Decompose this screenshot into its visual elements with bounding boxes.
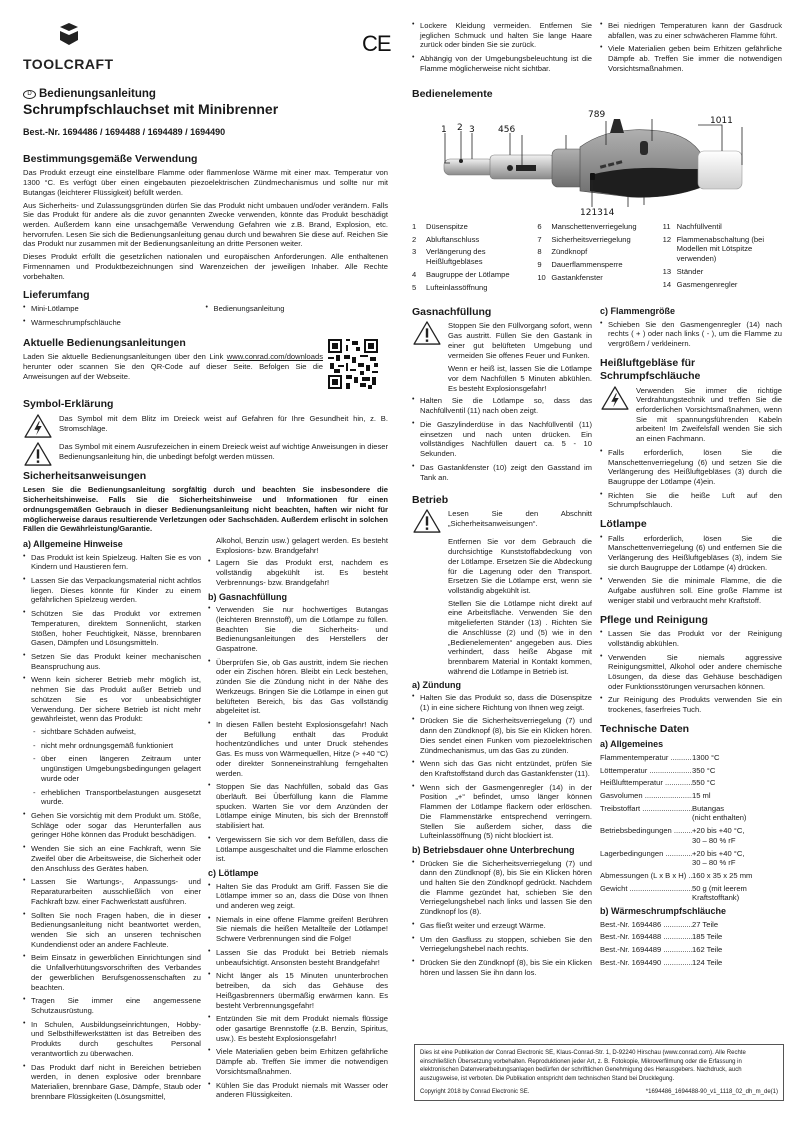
list-item: Setzen Sie das Produkt keiner mechanisch… (23, 652, 201, 671)
list-item: Falls erforderlich, lösen Sie die Mansch… (600, 534, 782, 573)
list-item: Stoppen Sie das Nachfüllen, sobald das G… (208, 782, 388, 831)
doc-code: *1694486_1694488-90_v1_1118_02_dh_m_de(1… (646, 1088, 778, 1097)
list-item: Gehen Sie vorsichtig mit dem Produkt um.… (23, 811, 201, 840)
part-item: 3Verlängerung des Heißluftgebläses (412, 247, 531, 266)
symbols-heading: Symbol-Erklärung (23, 398, 388, 411)
paragraph: Aus Sicherheits- und Zulassungsgründen d… (23, 201, 388, 250)
list-item: Vergewissern Sie sich vor dem Befüllen, … (208, 835, 388, 864)
spec-row: Flammentemperatur1300 °C (600, 753, 782, 763)
list-item: Kühlen Sie das Produkt niemals mit Wasse… (208, 1081, 388, 1100)
sub-list-item: erheblichen Transportbelastungen ausgese… (33, 788, 201, 807)
operation-warning-2: Entfernen Sie vor dem Gebrauch die durch… (412, 537, 592, 595)
parts-col-1: 1Düsenspitze 2Abluftanschluss 3Verlänger… (412, 222, 531, 295)
spec-row: Best.-Nr. 1694489162 Teile (600, 945, 782, 955)
lightning-warning-icon (600, 386, 630, 410)
list-item: Das Produkt darf nicht in Bereichen betr… (23, 1063, 201, 1102)
list-item: Halten Sie das Produkt am Griff. Fassen … (208, 882, 388, 911)
spec-row: Lagerbedingungen+20 bis +40 °C, 30 – 80 … (600, 849, 782, 868)
callout-456: 456 (498, 125, 515, 135)
list-item: Wenn sich der Gasmengenregler (14) in de… (412, 783, 592, 841)
list-item: Die Gaszylinderdüse in das Nachfüllventi… (412, 420, 592, 459)
tech-tubes-heading: b) Wärmeschrumpfschläuche (600, 906, 782, 918)
soldering-heading: Lötlampe (600, 518, 782, 531)
spec-row: Gewicht50 g (mit leerem Kraftstofftank) (600, 884, 782, 903)
list-item: Lassen Sie Wartungs-, Anpassungs- und Re… (23, 877, 201, 906)
tech-heading: Technische Daten (600, 723, 782, 736)
refill-warning-2: Wenn er heiß ist, lassen Sie die Lötlamp… (412, 364, 592, 393)
list-item: In diesen Fällen besteht Explosionsgefah… (208, 720, 388, 778)
operation-warning: Lesen Sie den Abschnitt „Sicherheitsanwe… (448, 509, 592, 533)
torch-safety-cont-col2: Bei niedrigen Temperaturen kann der Gasd… (600, 21, 782, 78)
list-item: Bei niedrigen Temperaturen kann der Gasd… (600, 21, 782, 40)
operation-heading: Betrieb (412, 494, 592, 507)
spec-row: Heißlufttemperatur550 °C (600, 778, 782, 788)
exclamation-warning-icon (412, 321, 442, 345)
scope-section: Lieferumfang Mini-Lötlampe Wärmeschrumpf… (23, 289, 388, 332)
list-item: Schieben Sie den Gasmengenregler (14) na… (600, 320, 782, 349)
intended-use-section: Bestimmungsgemäße Verwendung Das Produkt… (23, 153, 388, 284)
sub-list-item: nicht mehr ordnungsgemäß funktioniert (33, 741, 201, 751)
current-manuals-section: Aktuelle Bedienungsanleitungen Laden Sie… (23, 337, 323, 385)
callout-1011: 1011 (710, 116, 733, 126)
list-item: Halten Sie die Lötlampe so, dass das Nac… (412, 396, 592, 415)
list-item: Falls erforderlich, lösen Sie die Mansch… (600, 448, 782, 487)
doc-type-label: Bedienungsanleitung (39, 87, 156, 102)
list-item: Verwenden Sie niemals aggressive Reinigu… (600, 653, 782, 692)
ce-mark: CE (362, 30, 391, 58)
list-item: Nicht länger als 15 Minuten ununterbroch… (208, 971, 388, 1010)
list-item: Wenn sich das Gas nicht entzündet, prüfe… (412, 759, 592, 778)
language-badge: D (23, 90, 36, 99)
list-item: Gas fließt weiter und erzeugt Wärme. (412, 921, 592, 931)
order-numbers: Best.-Nr. 1694486 / 1694488 / 1694489 / … (23, 127, 225, 139)
safety-intro: Lesen Sie die Bedienungsanleitung sorgfä… (23, 485, 388, 534)
spec-row: Gasvolumen15 ml (600, 791, 782, 801)
list-item: Lockere Kleidung vermeiden. Entfernen Si… (412, 21, 592, 50)
list-item: Um den Gasfluss zu stoppen, schieben Sie… (412, 935, 592, 954)
list-item: Das Gastankfenster (10) zeigt den Gassta… (412, 463, 592, 482)
list-item: Schützen Sie das Produkt vor extremen Te… (23, 609, 201, 648)
list-item: Drücken Sie die Sicherheitsverriegelung … (412, 716, 592, 755)
gas-refill-section: Gasnachfüllung Stoppen Sie den Füllvorga… (412, 306, 592, 486)
tech-general-heading: a) Allgemeines (600, 739, 782, 751)
spec-row: Abmessungen (L x B x H)160 x 35 x 25 mm (600, 871, 782, 881)
list-item: Niemals in eine offene Flamme greifen! B… (208, 915, 388, 944)
text: Laden Sie aktuelle Bedienungsanleitungen… (23, 352, 227, 361)
list-item: Viele Materialien geben beim Erhitzen ge… (600, 44, 782, 73)
callout-121314: 121314 (580, 208, 615, 215)
paragraph: Das Produkt erzeugt eine einstellbare Fl… (23, 168, 388, 197)
list-item: Wenn kein sicherer Betrieb mehr möglich … (23, 675, 201, 807)
controls-section: Bedienelemente (412, 88, 782, 103)
part-item: 11Nachfüllventil (663, 222, 782, 232)
list-item: Beim Einsatz in gewerblichen Einrichtung… (23, 953, 201, 992)
callout-3: 3 (469, 125, 475, 135)
copyright: Copyright 2018 by Conrad Electronic SE. (420, 1088, 529, 1097)
toolcraft-logo-icon (58, 23, 80, 45)
spec-table: Flammentemperatur1300 °C Löttemperatur35… (600, 753, 782, 903)
part-item: 13Ständer (663, 267, 782, 277)
list-item: Tragen Sie immer eine angemessene Schutz… (23, 996, 201, 1015)
part-item: 9Dauerflammensperre (537, 260, 656, 270)
list-item: Mini-Lötlampe (23, 304, 206, 314)
ignition-heading: a) Zündung (412, 680, 592, 692)
intended-use-heading: Bestimmungsgemäße Verwendung (23, 153, 388, 166)
text: Wenn kein sicherer Betrieb mehr möglich … (31, 675, 201, 723)
list-item: Verwenden Sie nur hochwertiges Butangas … (208, 605, 388, 654)
list-item: Sollten Sie noch Fragen haben, die in di… (23, 911, 201, 950)
parts-legend: 1Düsenspitze 2Abluftanschluss 3Verlänger… (412, 222, 782, 295)
spec-row: TreibstoffartButangas (nicht enthalten) (600, 804, 782, 823)
callout-789: 789 (588, 110, 605, 120)
list-item: Wenden Sie sich an eine Fachkraft, wenn … (23, 844, 201, 873)
parts-col-2: 6Manschettenverriegelung 7Sicherheitsver… (537, 222, 656, 295)
document-title: Schrumpfschlauchset mit Minibrenner (23, 101, 278, 119)
part-item: 6Manschettenverriegelung (537, 222, 656, 232)
current-manuals-text: Laden Sie aktuelle Bedienungsanleitungen… (23, 352, 323, 381)
doc-type: D Bedienungsanleitung (23, 87, 156, 102)
list-item: Lassen Sie das Produkt vor der Reinigung… (600, 629, 782, 648)
part-item: 8Zündknopf (537, 247, 656, 257)
list-item: Viele Materialien geben beim Erhitzen ge… (208, 1047, 388, 1076)
list-item: Überprüfen Sie, ob Gas austritt, indem S… (208, 658, 388, 716)
continued-text: Alkohol, Benzin usw.) gelagert werden. E… (208, 536, 388, 555)
exclamation-symbol-text: Das Symbol mit einem Ausrufezeichen in e… (59, 442, 388, 466)
exclamation-warning-icon (23, 442, 53, 466)
torch-diagram: 1 2 3 456 789 1011 121314 (440, 105, 750, 215)
flame-size-heading: c) Flammengröße (600, 306, 782, 318)
part-item: 7Sicherheitsverriegelung (537, 235, 656, 245)
part-item: 10Gastankfenster (537, 273, 656, 283)
safety-heading: Sicherheitsanweisungen (23, 470, 388, 483)
gas-refill-heading: Gasnachfüllung (412, 306, 592, 319)
operation-section: Betrieb Lesen Sie den Abschnitt „Sicherh… (412, 494, 592, 982)
part-item: 4Baugruppe der Lötlampe (412, 270, 531, 280)
list-item: Abhängig von der Umgebungsbeleuchtung is… (412, 54, 592, 73)
general-notes-column: a) Allgemeine Hinweise Das Produkt ist k… (23, 536, 201, 1105)
text: herunter oder scannen Sie den QR-Code au… (23, 362, 323, 381)
imprint-box: Dies ist eine Publikation der Conrad Ele… (414, 1044, 784, 1101)
symbols-section: Symbol-Erklärung Das Symbol mit dem Blit… (23, 398, 388, 470)
list-item: Lassen Sie das Produkt bei Betrieb niema… (208, 948, 388, 967)
spec-row: Best.-Nr. 1694490124 Teile (600, 958, 782, 968)
safety-right-column: Alkohol, Benzin usw.) gelagert werden. E… (208, 536, 388, 1104)
list-item: Bedienungsanleitung (206, 304, 389, 314)
list-item: Drücken Sie den Zündknopf (8), bis Sie e… (412, 958, 592, 977)
sub-list-item: sichtbare Schäden aufweist, (33, 727, 201, 737)
brand-logo-text: TOOLCRAFT (23, 56, 114, 74)
operation-warning-3: Stellen Sie die Lötlampe nicht direkt au… (412, 599, 592, 677)
gas-refill-safety-heading: b) Gasnachfüllung (208, 592, 388, 604)
downloads-link[interactable]: www.conrad.com/downloads (227, 352, 323, 361)
list-item: Entzünden Sie mit dem Produkt niemals fl… (208, 1014, 388, 1043)
parts-col-3: 11Nachfüllventil 12Flammenabschaltung (b… (663, 222, 782, 295)
lightning-warning-icon (23, 414, 53, 438)
part-item: 5Lufteinlassöffnung (412, 283, 531, 293)
current-manuals-heading: Aktuelle Bedienungsanleitungen (23, 337, 323, 350)
sub-list-item: über einen längeren Zeitraum unter ungün… (33, 754, 201, 783)
list-item: Lassen Sie das Verpackungsmaterial nicht… (23, 576, 201, 605)
scope-heading: Lieferumfang (23, 289, 388, 302)
list-item: Drücken Sie die Sicherheitsverriegelung … (412, 859, 592, 917)
heat-gun-heading: Heißluftgebläse für Schrumpfschläuche (600, 357, 782, 384)
list-item: In Schulen, Ausbildungseinrichtungen, Ho… (23, 1020, 201, 1059)
general-notes-heading: a) Allgemeine Hinweise (23, 539, 201, 551)
spec-row: Betriebsbedingungen+20 bis +40 °C, 30 – … (600, 826, 782, 845)
right-column: c) Flammengröße Schieben Sie den Gasmeng… (600, 306, 782, 971)
list-item: Das Produkt ist kein Spielzeug. Halten S… (23, 553, 201, 572)
qr-code-icon[interactable] (328, 339, 378, 389)
controls-heading: Bedienelemente (412, 88, 782, 101)
list-item: Richten Sie die heiße Luft auf den Schru… (600, 491, 782, 510)
callout-2: 2 (457, 123, 463, 133)
list-item: Lagern Sie das Produkt erst, nachdem es … (208, 558, 388, 587)
imprint-text: Dies ist eine Publikation der Conrad Ele… (420, 1049, 778, 1084)
part-item: 14Gasmengenregler (663, 280, 782, 290)
list-item: Halten Sie das Produkt so, dass die Düse… (412, 693, 592, 712)
exclamation-warning-icon (412, 509, 442, 533)
torch-safety-cont-col1: Lockere Kleidung vermeiden. Entfernen Si… (412, 21, 592, 78)
callout-1: 1 (441, 125, 447, 135)
refill-warning: Stoppen Sie den Füllvorgang sofort, wenn… (448, 321, 592, 360)
heat-gun-warning: Verwenden Sie immer die richtige Verdrah… (636, 386, 782, 444)
tubes-table: Best.-Nr. 169448627 Teile Best.-Nr. 1694… (600, 920, 782, 968)
spec-row: Best.-Nr. 169448627 Teile (600, 920, 782, 930)
paragraph: Dieses Produkt erfüllt die gesetzlichen … (23, 252, 388, 281)
list-item: Verwenden Sie die minimale Flamme, die d… (600, 576, 782, 605)
part-item: 1Düsenspitze (412, 222, 531, 232)
part-item: 12Flammenabschaltung (bei Modellen mit L… (663, 235, 782, 264)
care-heading: Pflege und Reinigung (600, 614, 782, 627)
lightning-symbol-text: Das Symbol mit dem Blitz im Dreieck weis… (59, 414, 388, 438)
spec-row: Best.-Nr. 1694488185 Teile (600, 932, 782, 942)
part-item: 2Abluftanschluss (412, 235, 531, 245)
list-item: Zur Reinigung des Produkts verwenden Sie… (600, 695, 782, 714)
spec-row: Löttemperatur350 °C (600, 766, 782, 776)
continuous-operation-heading: b) Betriebsdauer ohne Unterbrechung (412, 845, 592, 857)
list-item: Wärmeschrumpfschläuche (23, 318, 206, 328)
safety-section: Sicherheitsanweisungen Lesen Sie die Bed… (23, 470, 388, 537)
torch-safety-heading: c) Lötlampe (208, 868, 388, 880)
